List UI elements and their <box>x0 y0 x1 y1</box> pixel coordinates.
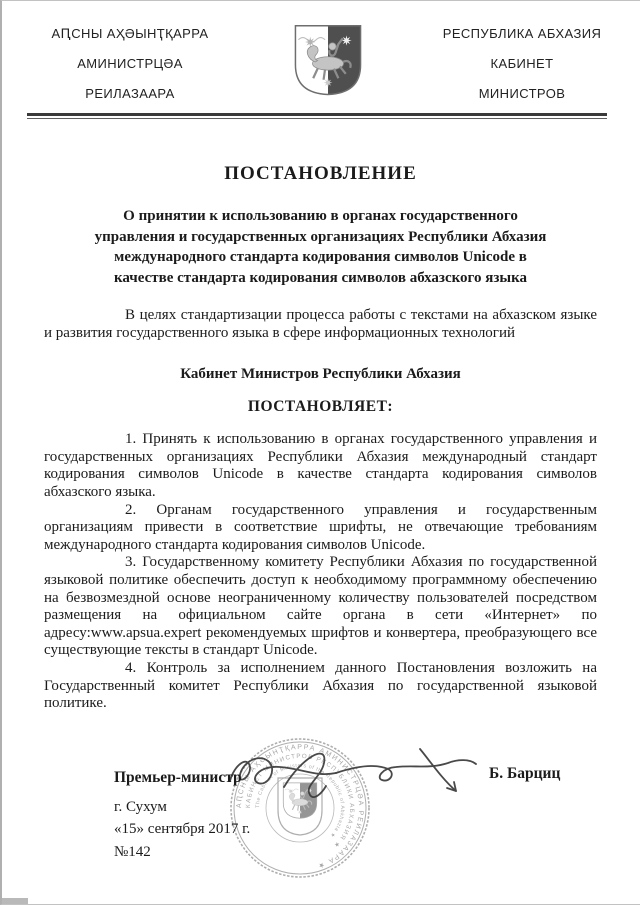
letterhead-right-line3: МИНИСТРОВ <box>422 79 622 109</box>
resolves-heading: ПОСТАНОВЛЯЕТ: <box>44 398 597 416</box>
signatory-name: Б. Барциц <box>489 765 560 783</box>
coat-of-arms-icon <box>291 21 365 97</box>
resolution-item-3: 3. Государственному комитету Республики … <box>44 554 597 660</box>
letterhead-divider-rule <box>27 113 607 119</box>
document-number: №142 <box>114 844 151 861</box>
letterhead-left-line1: АԤСНЫ АҲӘЫНҬҚАРРА <box>30 19 230 49</box>
signature-block: АԤСНЫ АҲӘЫНҬҚАРРА АМИНИСТРЦӘА РЕИЛАЗААРА… <box>2 729 640 904</box>
signature-date: «15» сентября 2017 г. <box>114 821 250 838</box>
letterhead-right-line1: РЕСПУБЛИКА АБХАЗИЯ <box>422 19 622 49</box>
signatory-post-label: Премьер-министр <box>114 769 242 787</box>
issuing-authority: Кабинет Министров Республики Абхазия <box>44 366 597 383</box>
resolution-item-1: 1. Принять к использованию в органах гос… <box>44 431 597 501</box>
resolution-item-2: 2. Органам государственного управления и… <box>44 502 597 555</box>
signature-place: г. Сухум <box>114 799 167 816</box>
document-type-title: ПОСТАНОВЛЕНИЕ <box>44 163 597 185</box>
document-subject: О принятии к использованию в органах гос… <box>87 206 555 288</box>
letterhead-left-abkhaz: АԤСНЫ АҲӘЫНҬҚАРРА АМИНИСТРЦӘА РЕИЛАЗААРА <box>30 19 230 109</box>
letterhead-right-russian: РЕСПУБЛИКА АБХАЗИЯ КАБИНЕТ МИНИСТРОВ <box>422 19 622 109</box>
letterhead: АԤСНЫ АҲӘЫНҬҚАРРА АМИНИСТРЦӘА РЕИЛАЗААРА <box>2 19 640 115</box>
resolution-item-4: 4. Контроль за исполнением данного Поста… <box>44 660 597 713</box>
letterhead-right-line2: КАБИНЕТ <box>422 49 622 79</box>
document-body: ПОСТАНОВЛЕНИЕ О принятии к использованию… <box>44 163 597 713</box>
scanned-document-page: АԤСНЫ АҲӘЫНҬҚАРРА АМИНИСТРЦӘА РЕИЛАЗААРА <box>0 0 640 905</box>
letterhead-left-line3: РЕИЛАЗААРА <box>30 79 230 109</box>
premier-signature-ink <box>224 737 487 809</box>
scan-edge-smudge <box>2 898 28 904</box>
preamble-paragraph: В целях стандартизации процесса работы с… <box>44 307 597 342</box>
letterhead-left-line2: АМИНИСТРЦӘА <box>30 49 230 79</box>
resolution-items: 1. Принять к использованию в органах гос… <box>44 431 597 713</box>
